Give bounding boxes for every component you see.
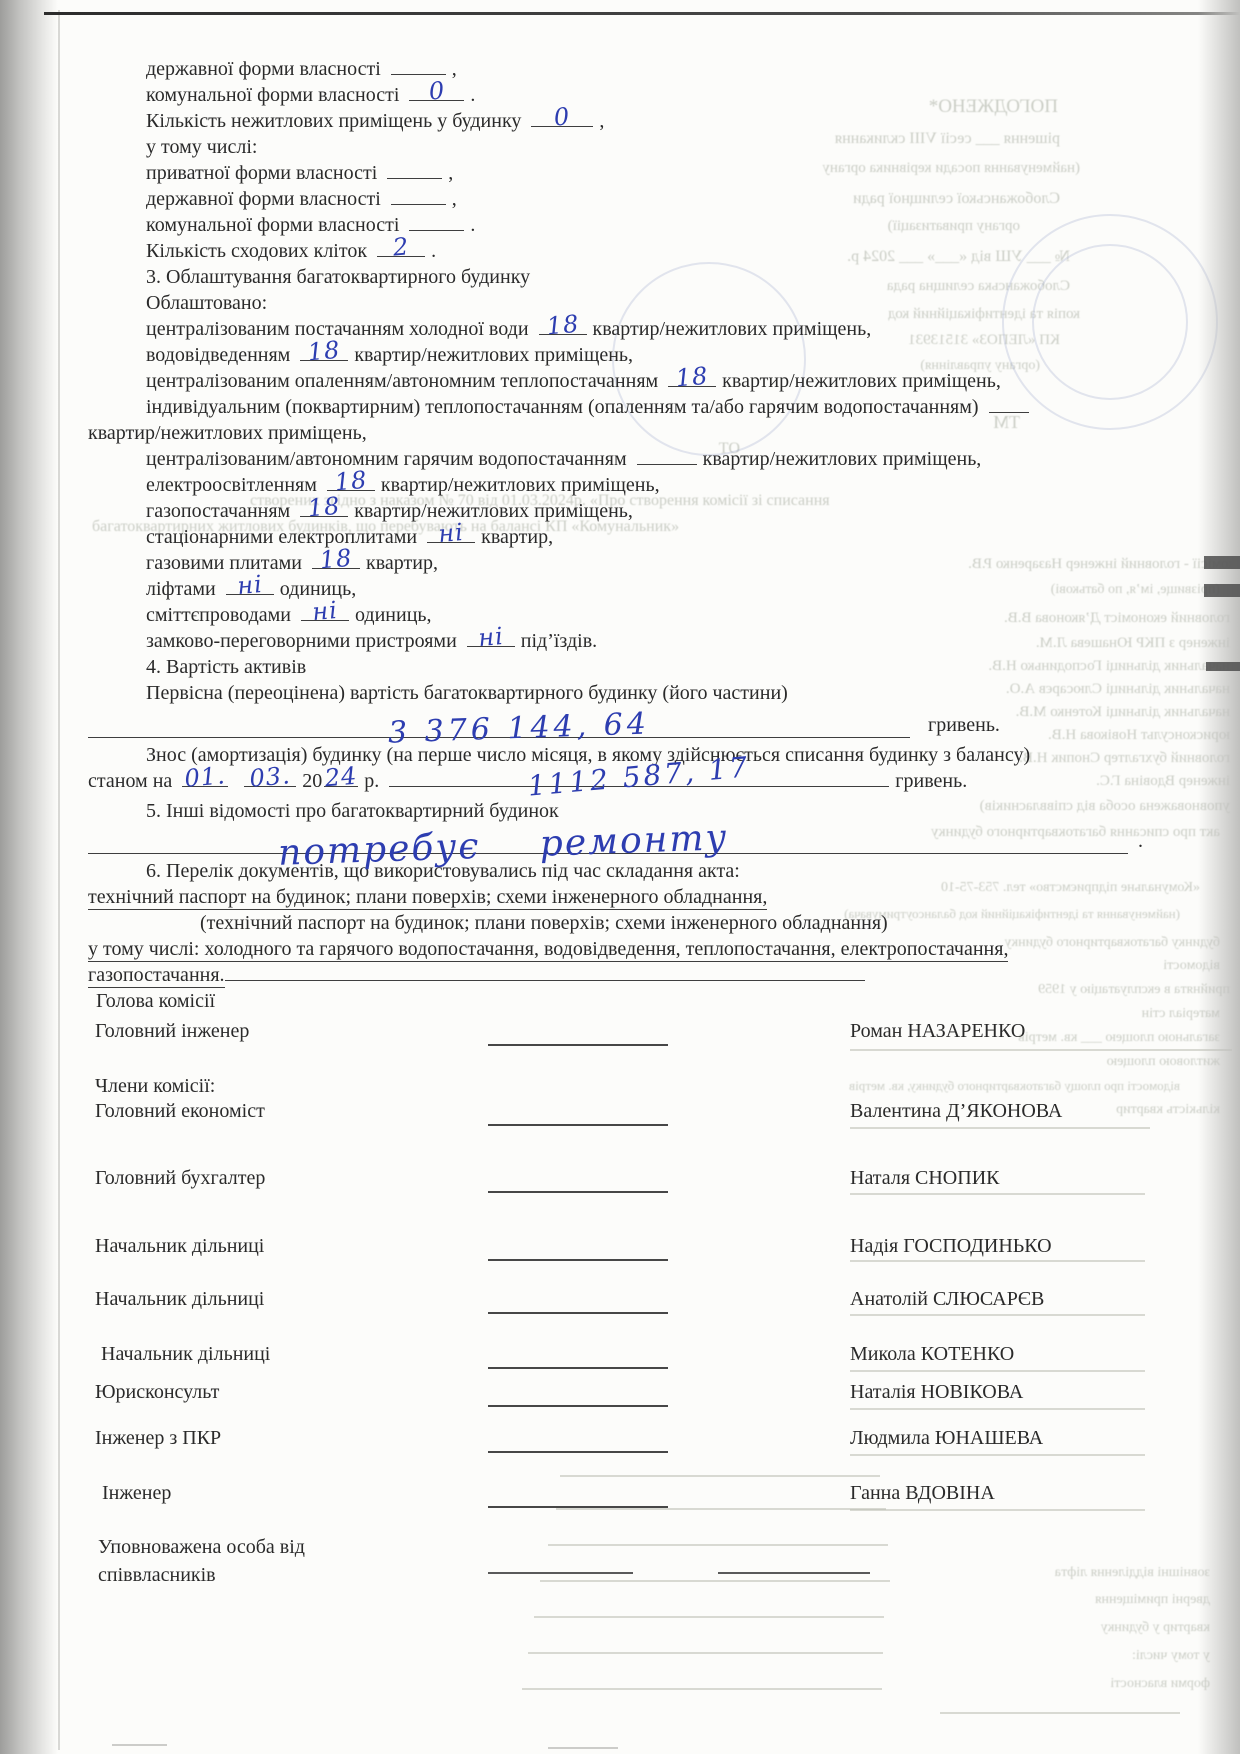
handwritten-value: 18	[545, 311, 580, 340]
form-line: 3. Облаштування багатоквартирного будинк…	[88, 264, 1098, 290]
year-printed: 20	[302, 770, 322, 792]
form-line: електроосвітленням18квартир/нежитлових п…	[88, 472, 1098, 498]
period: .	[1138, 830, 1143, 853]
signatory-role: Інженер	[102, 1482, 171, 1505]
scan-rule	[528, 1652, 883, 1654]
scan-rule	[850, 1370, 1145, 1372]
form-line-suffix: ,	[452, 58, 457, 80]
signatory-role: Головний економіст	[95, 1100, 265, 1123]
as-of-prefix: станом на	[88, 770, 172, 792]
fill-in-blank	[391, 56, 446, 75]
form-line-text: 3. Облаштування багатоквартирного будинк…	[146, 266, 530, 288]
form-line: державної форми власності,	[88, 186, 1098, 212]
form-line-text: централізованим/автономним гарячим водоп…	[146, 448, 627, 470]
form-line-text: сміттєпроводами	[146, 604, 291, 626]
handwritten-value: ні	[311, 597, 339, 625]
fill-in-blank: ні	[226, 576, 274, 595]
form-line-text: державної форми власності	[146, 188, 381, 210]
scan-rule	[548, 1544, 888, 1546]
form-line-suffix: квартир/нежитлових приміщень,	[593, 318, 872, 340]
scanned-act-page: створених згідно з наказом № 70 від 01.0…	[0, 0, 1240, 1754]
signatory-name: Микола КОТЕНКО	[850, 1343, 1014, 1366]
fill-in-blank: 18	[312, 550, 360, 569]
form-line-text: індивідуальним (поквартирним) теплопоста…	[146, 396, 979, 418]
depreciation-blank: 1112 587, 17	[389, 768, 889, 787]
as-of-row: станом на01.03.2024р.1112 587, 17гривень…	[88, 768, 1098, 798]
fill-in-blank: 18	[300, 498, 348, 517]
bleedthrough-text-mirrored: відомості про площу багатоквартирного бу…	[700, 1078, 1180, 1094]
form-line-suffix: одиниць,	[355, 604, 432, 626]
form-line-text: 4. Вартість активів	[146, 656, 306, 678]
scan-rule	[540, 1580, 890, 1582]
form-line-suffix: .	[470, 84, 475, 106]
form-line-suffix: квартир/нежитлових приміщень,	[354, 500, 633, 522]
authorized-label-line1: Уповноважена особа від	[98, 1533, 305, 1561]
form-line: Кількість нежитлових приміщень у будинку…	[88, 108, 1098, 134]
fill-in-blank	[391, 186, 446, 205]
scan-rule	[522, 1688, 882, 1690]
form-line-suffix: квартир/нежитлових приміщень,	[381, 474, 660, 496]
scan-rule	[112, 1744, 167, 1746]
scan-rule	[940, 1712, 1180, 1714]
scan-right-shadow	[1198, 0, 1240, 1754]
form-line-suffix: .	[431, 240, 436, 262]
form-line: у тому числі:	[88, 134, 1098, 160]
signatory-name: Роман НАЗАРЕНКО	[850, 1020, 1025, 1043]
form-line: газопостачанням18квартир/нежитлових прим…	[88, 498, 1098, 524]
form-line-text: централізованим опаленням/автономним теп…	[146, 370, 658, 392]
form-line: індивідуальним (поквартирним) теплопоста…	[88, 394, 1098, 420]
handwritten-value: ні	[477, 623, 505, 651]
fill-in-blank: 0	[531, 108, 593, 127]
form-line: централізованим/автономним гарячим водоп…	[88, 446, 1098, 472]
signature-stroke-icon	[470, 868, 770, 1058]
form-line: централізованим опаленням/автономним теп…	[88, 368, 1098, 394]
form-line: приватної форми власності,	[88, 160, 1098, 186]
form-line-text: Первісна (переоцінена) вартість багатокв…	[146, 682, 788, 704]
signatory-name: Анатолій СЛЮСАРЄВ	[850, 1288, 1044, 1311]
currency-label: гривень.	[928, 714, 1000, 737]
scan-rule	[850, 1049, 1232, 1051]
signatory-role: Начальник дільниці	[101, 1343, 270, 1366]
primary-cost-row: 3 376 144, 64 гривень.	[88, 706, 1098, 742]
scan-rule	[1204, 584, 1240, 597]
form-line-text: Облаштовано:	[146, 292, 267, 314]
bleedthrough-text-mirrored: житловою площею	[990, 1054, 1220, 1070]
signatory-name: Людмила ЮНАШЕВА	[850, 1427, 1043, 1450]
handwritten-date-day: 01.	[184, 762, 227, 791]
bleedthrough-text-mirrored: у тому числі:	[1000, 1648, 1210, 1664]
form-line-text: комунальної форми власності	[146, 84, 399, 106]
form-lines: державної форми власності, комунальної ф…	[88, 56, 1098, 706]
form-line-text: стаціонарними електроплитами	[146, 526, 417, 548]
signatory-name: Валентина Д’ЯКОНОВА	[850, 1100, 1062, 1123]
form-line: сміттєпроводаминіодиниць,	[88, 602, 1098, 628]
fill-in-blank: ні	[301, 602, 349, 621]
fill-in-blank: 18	[539, 316, 587, 335]
form-line-suffix: ,	[452, 188, 457, 210]
fill-in-blank	[989, 394, 1029, 413]
form-line-text: приватної форми власності	[146, 162, 377, 184]
signatory-name: Наталя СНОПИК	[850, 1167, 999, 1190]
form-line-text: замково-переговорними пристроями	[146, 630, 457, 652]
other-info-value-row: потребує ремонту .	[88, 824, 1098, 858]
signatory-role: Начальник дільниці	[95, 1288, 264, 1311]
documents-line-text: газопостачання.	[88, 964, 225, 988]
form-line-suffix: квартир/нежитлових приміщень,	[703, 448, 982, 470]
scan-rule	[850, 1454, 1145, 1456]
handwritten-value: 18	[307, 493, 342, 522]
year-blank: 24	[324, 768, 358, 787]
fill-in-blank	[409, 212, 464, 231]
signatory-role: Начальник дільниці	[95, 1235, 264, 1258]
form-line: замково-переговорними пристрояминіпід’їз…	[88, 628, 1098, 654]
signatory-role: Головний бухгалтер	[95, 1167, 265, 1190]
form-line-suffix: .	[470, 214, 475, 236]
scan-rule	[1206, 662, 1240, 671]
form-line-text: державної форми власності	[146, 58, 381, 80]
form-line-text: Кількість сходових кліток	[146, 240, 367, 262]
form-line-suffix: під’їздів.	[521, 630, 597, 652]
handwritten-value: ні	[437, 519, 465, 547]
handwritten-value: 2	[392, 233, 410, 260]
form-line-suffix: ,	[448, 162, 453, 184]
form-line-suffix: квартир,	[481, 526, 553, 548]
form-line-text: у тому числі:	[146, 136, 257, 158]
scan-rule	[548, 1747, 618, 1749]
date-day-blank: 01.	[182, 768, 228, 787]
form-line-text: Кількість нежитлових приміщень у будинку	[146, 110, 521, 132]
fill-in-blank	[637, 446, 697, 465]
form-line: централізованим постачанням холодної вод…	[88, 316, 1098, 342]
handwritten-value: 18	[307, 337, 342, 366]
page-fold-line	[58, 10, 60, 1750]
form-line-suffix: ,	[599, 110, 604, 132]
year-suffix: р.	[364, 770, 379, 792]
fill-in-blank: 18	[327, 472, 375, 491]
fill-in-blank: 2	[377, 238, 425, 257]
other-info-heading: 5. Інші відомості про багатоквартирний б…	[88, 798, 1098, 824]
scan-rule	[718, 1572, 870, 1574]
handwritten-year: 24	[324, 763, 359, 792]
signature-stroke-icon	[498, 1170, 633, 1256]
form-line-text: ліфтами	[146, 578, 216, 600]
form-line: комунальної форми власності0.	[88, 82, 1098, 108]
signatory-role: Юрисконсульт	[95, 1381, 219, 1404]
form-line-text: газовими плитами	[146, 552, 302, 574]
signature-stroke-icon	[492, 1444, 667, 1522]
date-month-blank: 03.	[244, 768, 296, 787]
fill-in-blank	[387, 160, 442, 179]
scan-rule	[850, 1509, 1145, 1511]
currency-label: гривень.	[895, 770, 967, 792]
fill-in-blank: 18	[668, 368, 716, 387]
scan-rule	[1204, 556, 1240, 569]
form-line-text: водовідведенням	[146, 344, 290, 366]
authorized-person-block: Уповноважена особа від співвласників	[98, 1533, 305, 1589]
form-line: стаціонарними електроплитаминіквартир,	[88, 524, 1098, 550]
bleedthrough-text-mirrored: форми власності	[975, 1676, 1210, 1692]
bleedthrough-text-mirrored: квартир у будинку	[965, 1620, 1210, 1636]
form-line: Кількість сходових кліток2.	[88, 238, 1098, 264]
members-label: Члени комісії:	[95, 1075, 215, 1098]
form-line: Первісна (переоцінена) вартість багатокв…	[88, 680, 1098, 706]
form-line: ліфтаминіодиниць,	[88, 576, 1098, 602]
form-line-text: електроосвітленням	[146, 474, 317, 496]
bleedthrough-text-mirrored: дверні приміщення	[970, 1592, 1210, 1608]
fill-in-blank: ні	[427, 524, 475, 543]
form-line: Облаштовано:	[88, 290, 1098, 316]
signatory-name: Надія ГОСПОДИНЬКО	[850, 1235, 1052, 1258]
form-line: комунальної форми власності.	[88, 212, 1098, 238]
form-line-suffix: квартир,	[366, 552, 438, 574]
scan-rule	[850, 1260, 1145, 1262]
form-line: квартир/нежитлових приміщень,	[88, 420, 1098, 446]
scan-rule	[850, 1193, 1145, 1195]
signatory-role: Головний інженер	[95, 1020, 249, 1043]
scan-rule	[850, 1408, 1145, 1410]
fill-in-blank: 18	[300, 342, 348, 361]
handwritten-value: 18	[675, 363, 710, 392]
handwritten-value: 0	[553, 103, 571, 130]
fill-in-blank: 0	[409, 82, 464, 101]
handwritten-value: 18	[319, 545, 354, 574]
form-line-text: газопостачанням	[146, 500, 290, 522]
scan-rule	[850, 1314, 1145, 1316]
scan-rule	[850, 1127, 1150, 1129]
handwritten-value: 0	[428, 77, 446, 104]
handwritten-date-month: 03.	[249, 762, 292, 791]
bleedthrough-text-mirrored: зовнішні відділення ліфта	[940, 1565, 1210, 1581]
scan-top-edge	[44, 12, 1240, 15]
handwritten-value: ні	[236, 571, 264, 599]
form-line-text: квартир/нежитлових приміщень,	[88, 422, 367, 444]
scan-rule	[488, 1572, 633, 1574]
authorized-label-line2: співвласників	[98, 1561, 305, 1589]
form-line-text: комунальної форми власності	[146, 214, 399, 236]
scan-left-edge	[0, 0, 58, 1754]
form-line: 4. Вартість активів	[88, 654, 1098, 680]
scan-rule	[534, 1616, 884, 1618]
form-line-suffix: квартир/нежитлових приміщень,	[722, 370, 1001, 392]
fill-in-blank: ні	[467, 628, 515, 647]
signatory-name: Ганна ВДОВІНА	[850, 1482, 995, 1505]
form-line: водовідведенням18квартир/нежитлових прим…	[88, 342, 1098, 368]
form-line-suffix: квартир/нежитлових приміщень,	[354, 344, 633, 366]
signatory-name: Наталія НОВІКОВА	[850, 1381, 1023, 1404]
signatory-role: Інженер з ПКР	[95, 1427, 221, 1450]
form-line: державної форми власності,	[88, 56, 1098, 82]
